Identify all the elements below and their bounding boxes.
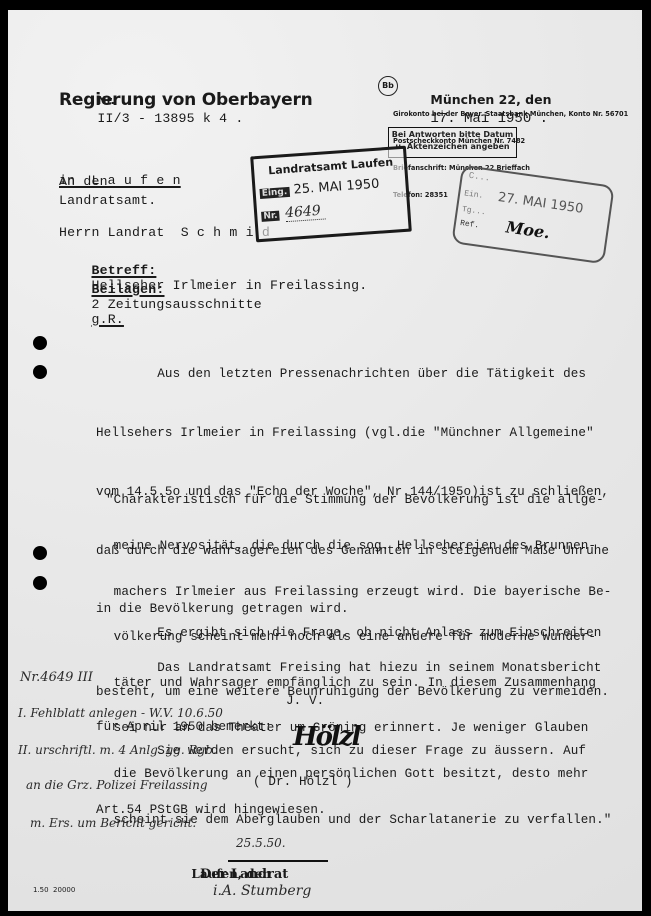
handwritten-note-1: I. Fehlblatt anlegen - W.V. 10.6.50 [18, 706, 223, 720]
stamp2-initials: Moe. [505, 217, 551, 242]
notice-line-2: u. Aktenzeichen angeben [389, 141, 516, 153]
stamp-number: 4649 [285, 202, 326, 222]
stamp2-label-tg: Tg... [461, 205, 486, 217]
punch-hole [33, 546, 47, 560]
stamp2-label-ref: Ref. [459, 219, 479, 231]
handwritten-note-4: m. Ers. um Bericht gericht. [30, 816, 196, 830]
attachments-label: Beilagen: [91, 282, 164, 297]
handwritten-note-3: an die Grz. Polizei Freilassing [26, 778, 208, 792]
recipient-office: Landratsamt. [59, 193, 156, 208]
bank-line: Girokonto bei der Bayer. Staatsbank Münc… [393, 110, 628, 119]
signature-scrawl: Hölzl [293, 722, 359, 752]
stamp-received-label: Eing. [259, 187, 289, 199]
quote-line: "Charakteristisch für die Stimmung der B… [106, 493, 611, 508]
text-line: besteht, um eine weitere Beunruhigung de… [96, 683, 609, 703]
text-line: Hellsehers Irlmeier in Freilassing (vgl.… [96, 424, 609, 444]
handwritten-note-2: II. urschriftl. m. 4 Anlg. gg. Rgb. [18, 743, 217, 757]
quote-line: meine Nervosität, die durch die sog. Hel… [106, 539, 611, 554]
stamp-title: Landratsamt Laufen [268, 156, 394, 178]
attachments-suffix: g.R. [91, 312, 123, 327]
punch-hole [33, 365, 47, 379]
footer-signature: i.A. Stumberg [213, 883, 311, 899]
notice-line-1: Bei Antworten bitte Datum [389, 129, 516, 141]
stamp-received-date: 25. MAI 1950 [293, 177, 380, 198]
attachments-text: 2 Zeitungsausschnitte [91, 297, 261, 312]
stamp2-date: 27. MAI 1950 [497, 190, 584, 217]
proxy-marker: J. V. [286, 694, 324, 708]
text-line: Aus den letzten Pressenachrichten über d… [96, 365, 609, 385]
punch-hole [33, 576, 47, 590]
document-page: Nr. II/3 - 13895 k 4 . Regierung von Obe… [8, 10, 642, 911]
text-line: Es ergibt sich die Frage, ob nicht Anlas… [96, 624, 609, 644]
footer-handwritten-date: 25.5.50. [236, 836, 286, 850]
ref-number: II/3 - 13895 k 4 . [97, 111, 243, 126]
recipient-line-2: Herrn Landrat S c h m i d [59, 224, 270, 241]
authority-name: Regierung von Oberbayern [59, 90, 313, 110]
handwritten-note-number: Nr.4649 III [20, 670, 93, 685]
print-code: 1.50 20000 [33, 886, 75, 894]
reply-notice-box: Bei Antworten bitte Datum u. Aktenzeiche… [388, 127, 517, 158]
stamp2-line-1: C... [468, 171, 491, 184]
punch-hole [33, 336, 47, 350]
footer-official-title: Der Landrat [200, 867, 288, 882]
recipient-city: in L a u f e n [59, 173, 181, 188]
stamp-number-label: Nr. [261, 211, 280, 222]
signer-name: ( Dr. Hölzl ) [253, 775, 353, 789]
stamp2-label-in: Ein. [464, 189, 484, 201]
footer-date-rule [228, 860, 328, 862]
received-stamp: Landratsamt Laufen Eing. 25. MAI 1950 Nr… [250, 146, 412, 243]
